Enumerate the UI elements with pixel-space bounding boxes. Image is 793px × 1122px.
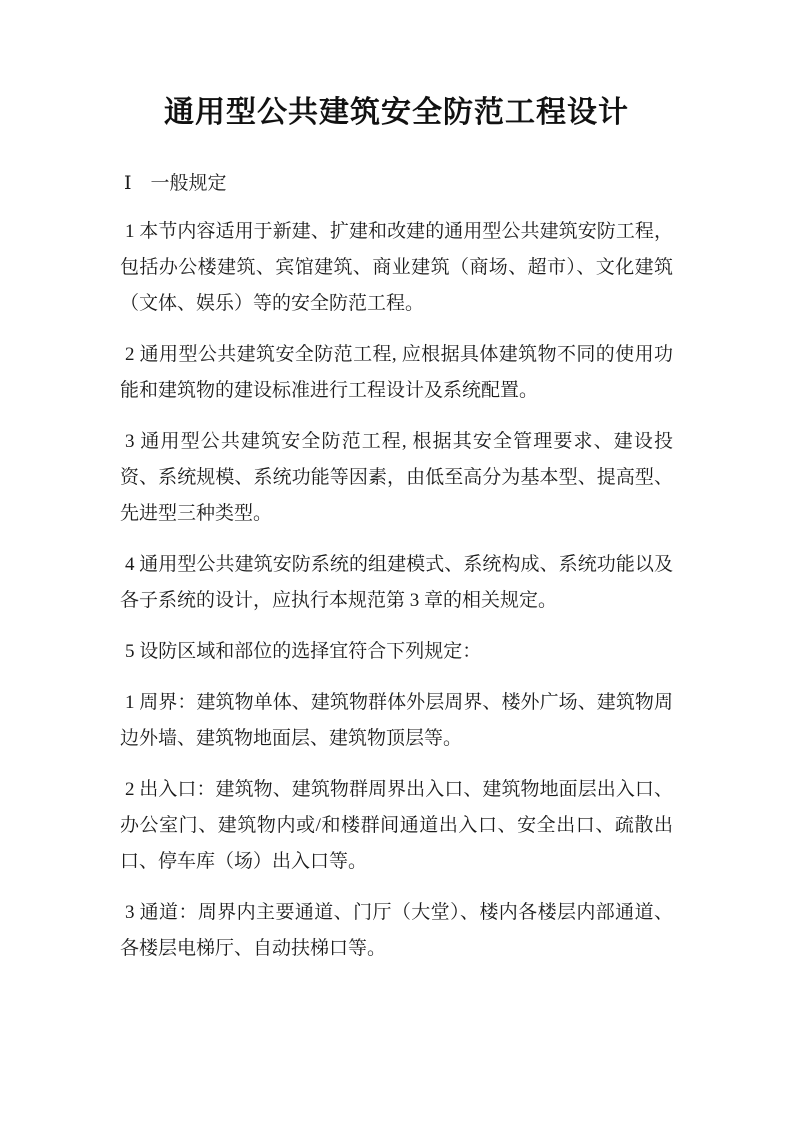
paragraph-7: 2 出入口：建筑物、建筑物群周界出入口、建筑物地面层出入口、办公室门、建筑物内或… — [120, 772, 673, 880]
paragraph-4: 4 通用型公共建筑安防系统的组建模式、系统构成、系统功能以及各子系统的设计，应执… — [120, 547, 673, 619]
paragraph-5: 5 设防区域和部位的选择宜符合下列规定： — [120, 634, 673, 670]
section-heading: Ⅰ 一般规定 — [120, 171, 673, 197]
paragraph-1: 1 本节内容适用于新建、扩建和改建的通用型公共建筑安防工程，包括办公楼建筑、宾馆… — [120, 214, 673, 322]
document-title: 通用型公共建筑安全防范工程设计 — [120, 94, 673, 132]
paragraph-3: 3 通用型公共建筑安全防范工程, 根据其安全管理要求、建设投资、系统规模、系统功… — [120, 424, 673, 532]
paragraph-2: 2 通用型公共建筑安全防范工程, 应根据具体建筑物不同的使用功能和建筑物的建设标… — [120, 337, 673, 409]
paragraph-8: 3 通道：周界内主要通道、门厅（大堂）、楼内各楼层内部通道、各楼层电梯厅、自动扶… — [120, 895, 673, 967]
document-content: 通用型公共建筑安全防范工程设计 Ⅰ 一般规定 1 本节内容适用于新建、扩建和改建… — [120, 0, 673, 967]
document-page: 通用型公共建筑安全防范工程设计 Ⅰ 一般规定 1 本节内容适用于新建、扩建和改建… — [0, 0, 793, 1122]
paragraph-6: 1 周界：建筑物单体、建筑物群体外层周界、楼外广场、建筑物周边外墙、建筑物地面层… — [120, 685, 673, 757]
